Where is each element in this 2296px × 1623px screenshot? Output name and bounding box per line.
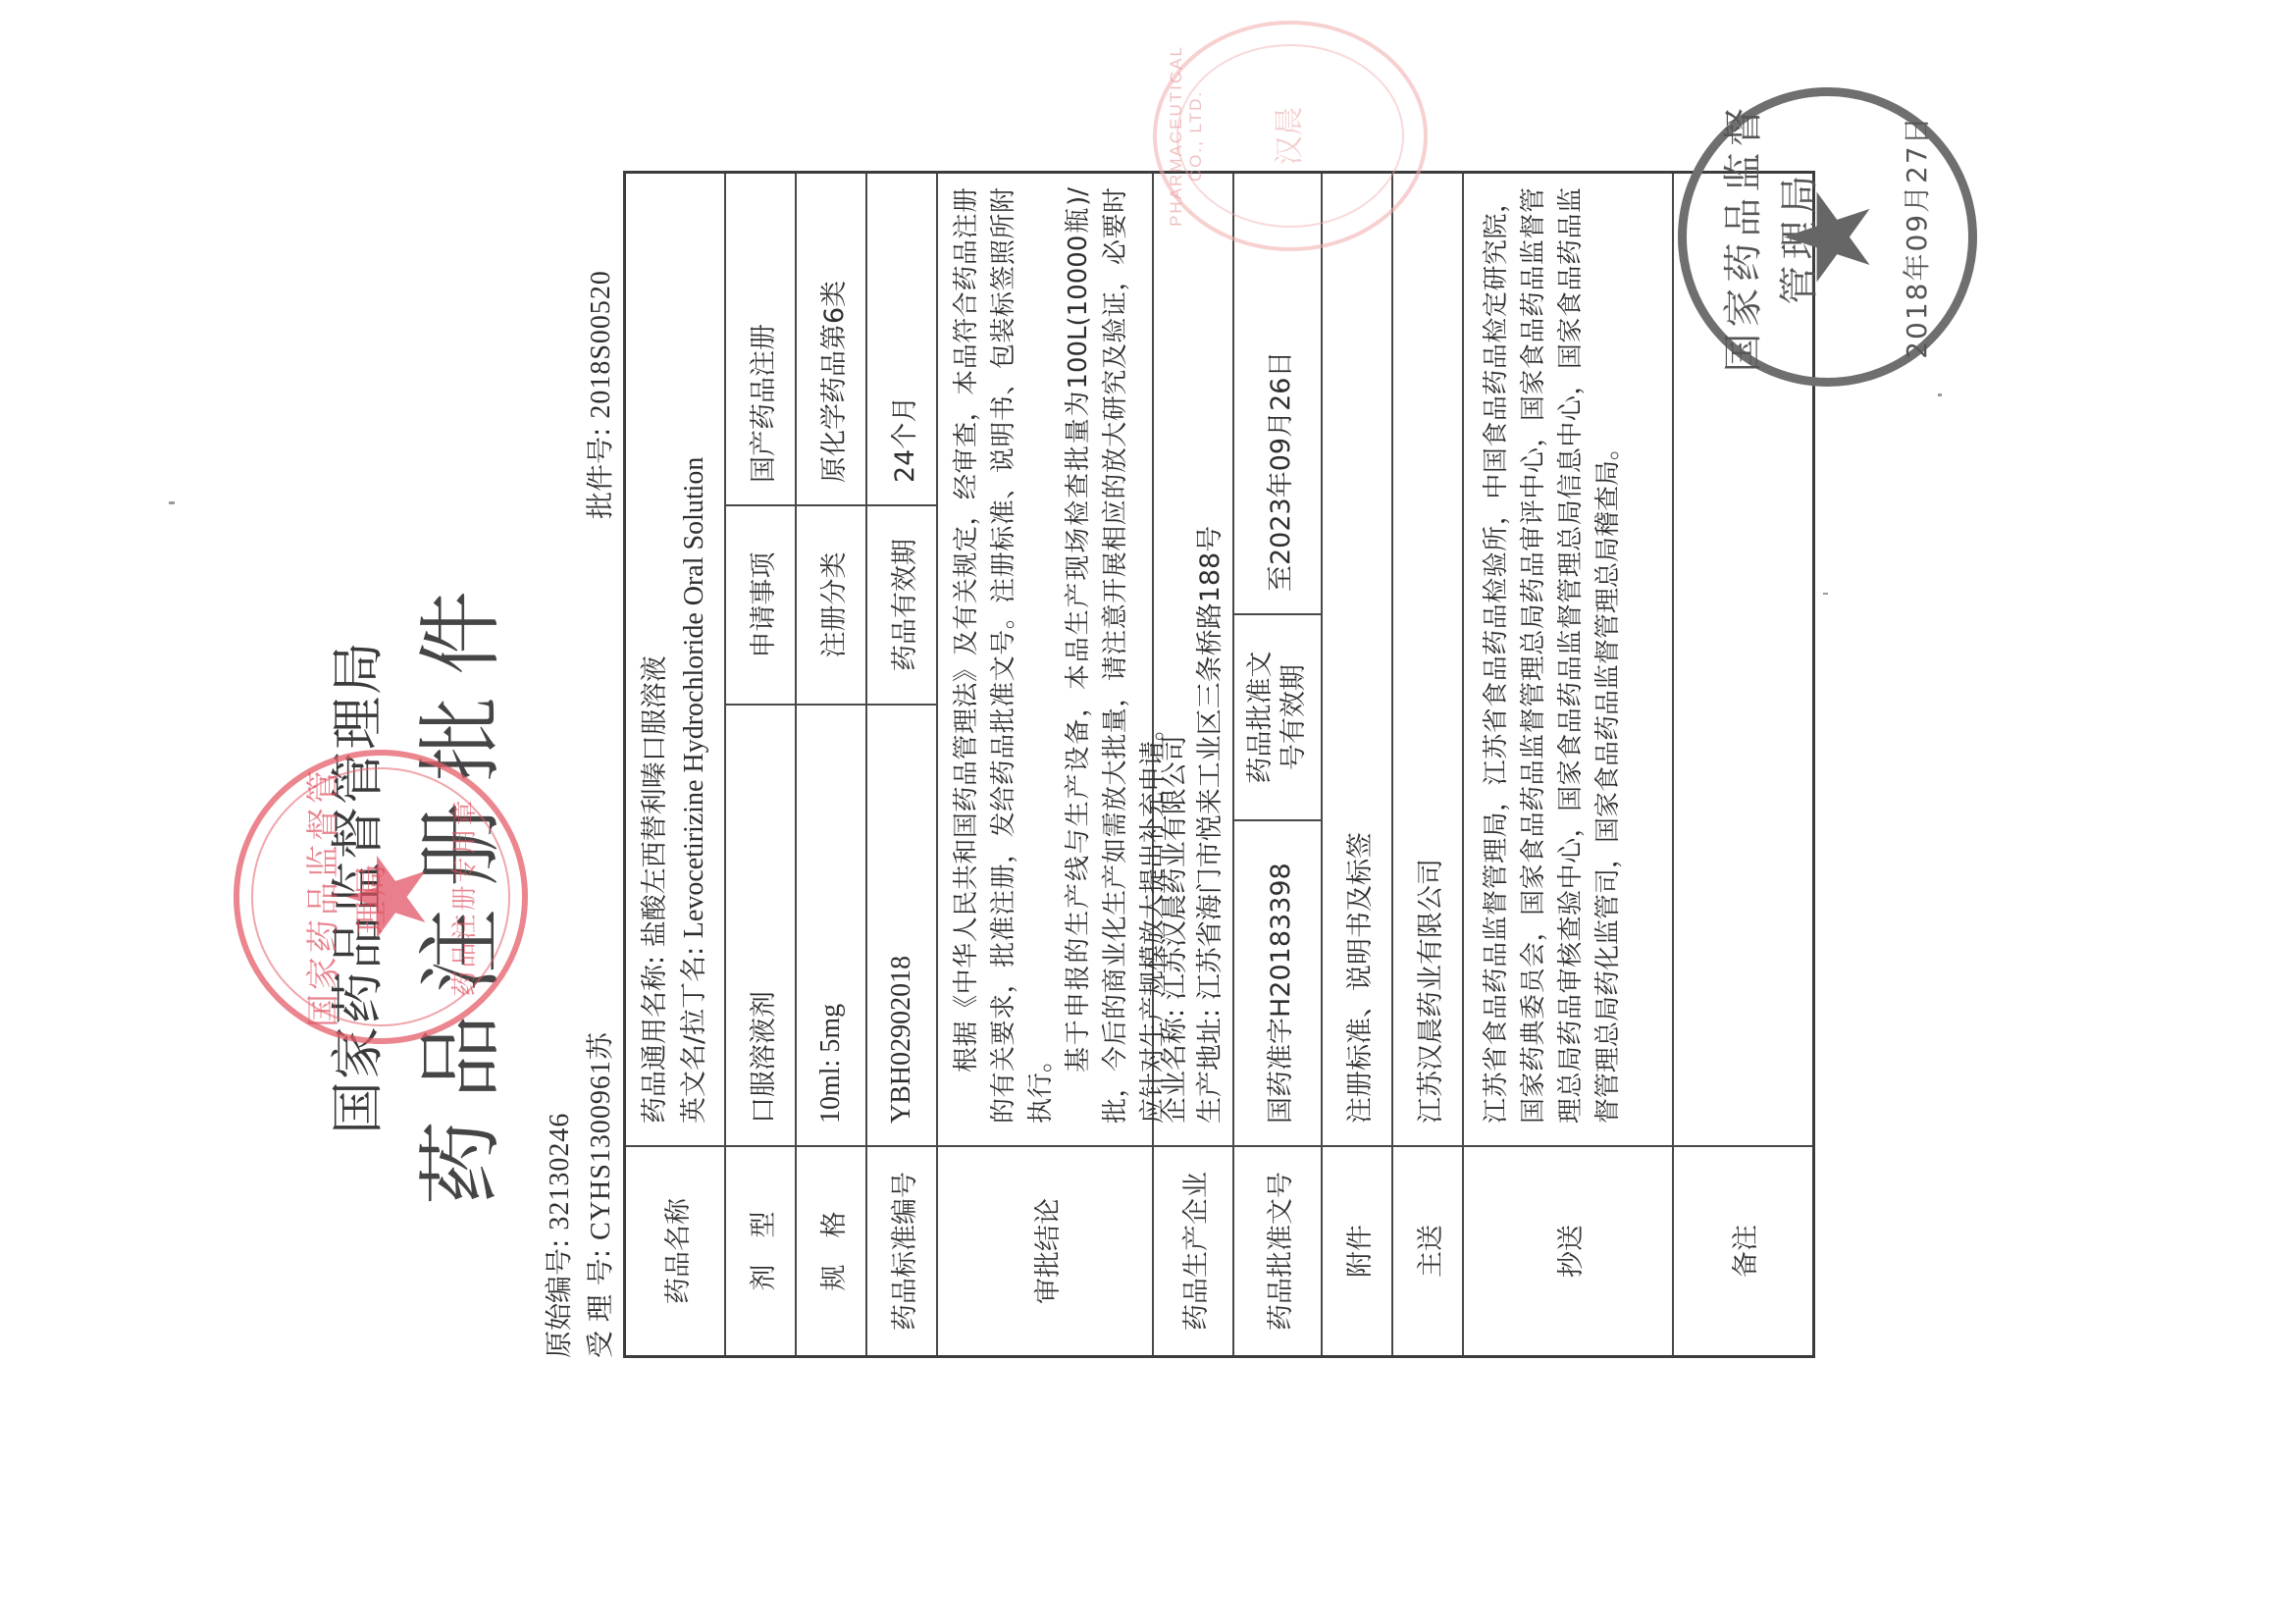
date-seal: 国家药品监督管理局 ★ 2018年09月27日 xyxy=(1678,87,1977,387)
manufacturer-label: 药品生产企业 xyxy=(1154,1145,1232,1355)
registration-category-label: 注册分类 xyxy=(797,504,865,704)
registration-category-value: 原化学药品第6类 xyxy=(797,174,865,504)
seal-date-text: 2018年09月27日 xyxy=(1896,96,1935,378)
original-number: 32130246 xyxy=(545,1113,575,1230)
acceptance-number: CYHS1300961苏 xyxy=(586,1031,616,1240)
company-name: 江苏汉晨药业有限公司 xyxy=(1160,735,1190,1000)
approval-number-validity-label: 药品批准文号有效期 xyxy=(1234,613,1321,819)
scan-speck xyxy=(169,501,175,504)
standard-number-value: YBH02902018 xyxy=(867,704,936,1145)
company-seal: PHARMACEUTICAL CO., LTD. 汉晨 xyxy=(1153,21,1428,251)
approval-table: 药品名称 药品通用名称: 盐酸左西替利嗪口服溶液 英文名/拉丁名: Levoce… xyxy=(623,171,1815,1358)
generic-name: 盐酸左西替利嗪口服溶液 xyxy=(640,655,670,947)
row-standard-number: 药品标准编号 YBH02902018 药品有效期 24个月 xyxy=(867,174,938,1355)
acceptance-number-label: 受 理 号: xyxy=(584,1249,616,1358)
star-icon: ★ xyxy=(334,756,442,1038)
star-icon: ★ xyxy=(1771,96,1889,378)
seal-bottom-text: 药品注册专用章 xyxy=(444,756,481,1038)
review-conclusion-text: 根据《中华人民共和国药品管理法》及有关规定，经审查，本品符合药品注册的有关要求，… xyxy=(938,174,1152,1145)
company-name-label: 企业名称: xyxy=(1160,1009,1190,1124)
generic-name-line: 药品通用名称: 盐酸左西替利嗪口服溶液 xyxy=(636,655,675,1124)
production-address: 江苏省海门市悦来工业区三条桥路188号 xyxy=(1195,526,1226,1001)
row-review-conclusion: 审批结论 根据《中华人民共和国药品管理法》及有关规定，经审查，本品符合药品注册的… xyxy=(938,174,1154,1355)
review-conclusion-label: 审批结论 xyxy=(938,1145,1152,1355)
production-address-line: 生产地址: 江苏省海门市悦来工业区三条桥路188号 xyxy=(1193,526,1228,1124)
original-number-line: 原始编号: 32130246 xyxy=(538,1113,577,1358)
attachments-label: 附件 xyxy=(1323,1145,1391,1355)
drug-name-value: 药品通用名称: 盐酸左西替利嗪口服溶液 英文名/拉丁名: Levocetiriz… xyxy=(626,174,724,1145)
approval-number-value: 国药准字H20183398 xyxy=(1234,819,1321,1145)
row-attachments: 附件 注册标准、说明书及标签 xyxy=(1323,174,1393,1355)
attachments-value: 注册标准、说明书及标签 xyxy=(1323,174,1391,1145)
drug-name-label: 药品名称 xyxy=(626,1145,724,1355)
english-name-line: 英文名/拉丁名: Levocetirizine Hydrochloride Or… xyxy=(675,457,714,1124)
scan-speck xyxy=(1938,393,1942,396)
cc-label: 抄送 xyxy=(1464,1145,1672,1355)
row-specification: 规 格 10ml: 5mg 注册分类 原化学药品第6类 xyxy=(797,174,867,1355)
approval-doc-number-line: 批件号: 2018S00520 xyxy=(579,270,618,519)
seal-top-text: PHARMACEUTICAL CO., LTD. xyxy=(1167,25,1206,247)
review-paragraph: 根据《中华人民共和国药品管理法》及有关规定，经审查，本品符合药品注册的有关要求，… xyxy=(948,187,1060,1124)
main-recipient-value: 江苏汉晨药业有限公司 xyxy=(1393,174,1462,1145)
cc-value: 江苏省食品药品监督管理局，江苏省食品药品检验所，中国食品药品检定研究院，国家药典… xyxy=(1464,174,1672,1145)
approval-document-sheet: 国家药品监督管理局 药品注册批件 国家药品监督管理局 ★ 药品注册专用章 原始编… xyxy=(0,0,2296,1623)
manufacturer-value: 企业名称: 江苏汉晨药业有限公司 生产地址: 江苏省海门市悦来工业区三条桥路18… xyxy=(1154,174,1232,1145)
acceptance-number-line: 受 理 号: CYHS1300961苏 xyxy=(579,1031,618,1358)
main-recipient-label: 主送 xyxy=(1393,1145,1462,1355)
application-item-value: 国产药品注册 xyxy=(726,174,795,504)
dosage-form-value: 口服溶液剂 xyxy=(726,704,795,1145)
specification-label: 规 格 xyxy=(797,1145,865,1355)
remarks-label: 备注 xyxy=(1674,1145,1812,1355)
validity-value: 24个月 xyxy=(867,174,936,504)
row-manufacturer: 药品生产企业 企业名称: 江苏汉晨药业有限公司 生产地址: 江苏省海门市悦来工业… xyxy=(1154,174,1234,1355)
standard-number-label: 药品标准编号 xyxy=(867,1145,936,1355)
english-name-label: 英文名/拉丁名: xyxy=(679,947,709,1124)
approval-doc-number: 2018S00520 xyxy=(586,270,616,419)
dosage-form-label: 剂 型 xyxy=(726,1145,795,1355)
issuer-seal: 国家药品监督管理局 ★ 药品注册专用章 xyxy=(234,750,528,1044)
row-cc: 抄送 江苏省食品药品监督管理局，江苏省食品药品检验所，中国食品药品检定研究院，国… xyxy=(1464,174,1674,1355)
row-approval-number: 药品批准文号 国药准字H20183398 药品批准文号有效期 至2023年09月… xyxy=(1234,174,1323,1355)
specification-value: 10ml: 5mg xyxy=(797,704,865,1145)
row-drug-name: 药品名称 药品通用名称: 盐酸左西替利嗪口服溶液 英文名/拉丁名: Levoce… xyxy=(626,174,726,1355)
row-dosage-form: 剂 型 口服溶液剂 申请事项 国产药品注册 xyxy=(726,174,797,1355)
english-name: Levocetirizine Hydrochloride Oral Soluti… xyxy=(679,457,709,939)
original-number-label: 原始编号: xyxy=(543,1239,575,1358)
approval-number-label: 药品批准文号 xyxy=(1234,1145,1321,1355)
validity-label: 药品有效期 xyxy=(867,504,936,704)
seal-center-text: 汉晨 xyxy=(1265,25,1308,247)
generic-name-label: 药品通用名称: xyxy=(640,956,670,1124)
row-main-recipient: 主送 江苏汉晨药业有限公司 xyxy=(1393,174,1464,1355)
approval-doc-number-label: 批件号: xyxy=(584,428,616,519)
company-name-line: 企业名称: 江苏汉晨药业有限公司 xyxy=(1158,735,1193,1124)
application-item-label: 申请事项 xyxy=(726,504,795,704)
production-address-label: 生产地址: xyxy=(1195,1009,1226,1124)
scan-speck xyxy=(1823,593,1828,595)
